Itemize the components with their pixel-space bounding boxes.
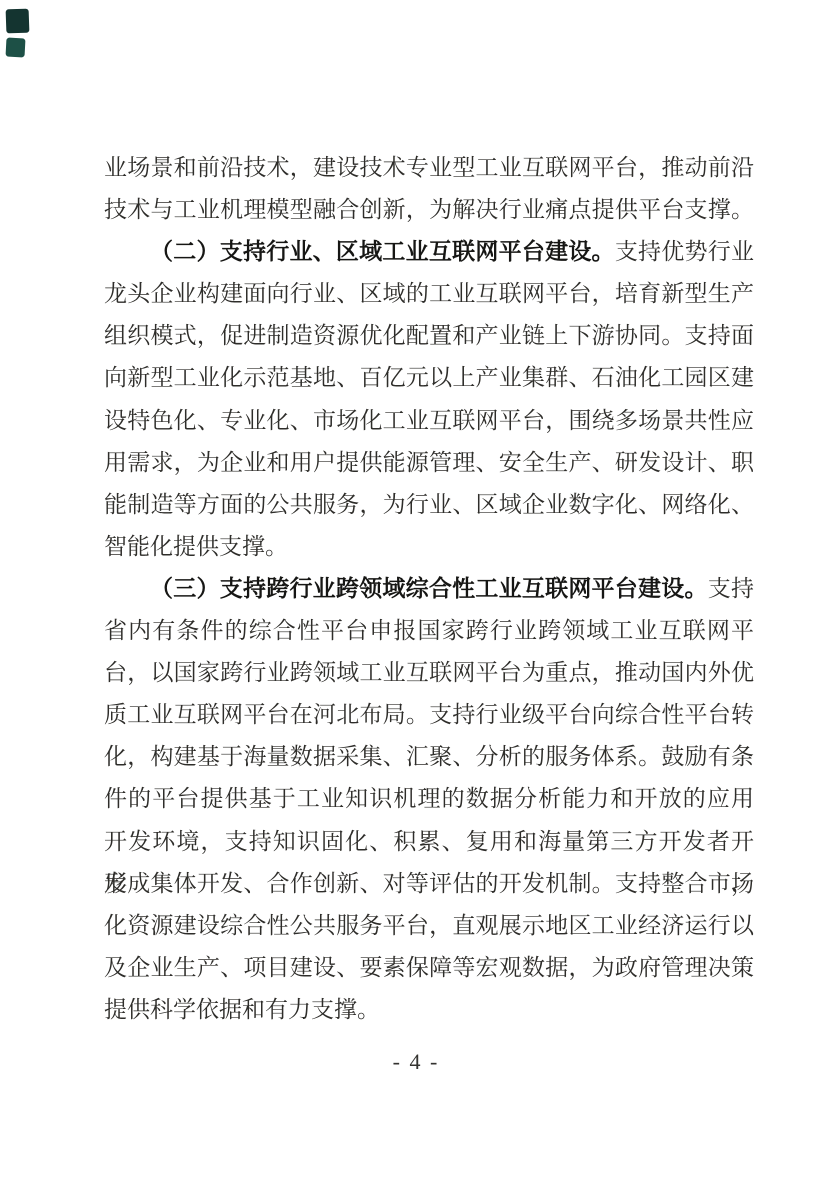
text-line: （二）支持行业、区域工业互联网平台建设。支持优势行业 [104,231,754,273]
body-text: 支持 [708,576,754,601]
body-text: 技术与工业机理模型融合创新，为解决行业痛点提供平台支撑。 [104,197,754,222]
body-text: 支持优势行业 [615,239,754,264]
text-line: 能制造等方面的公共服务，为行业、区域企业数字化、网络化、 [104,484,754,526]
body-text: 及企业生产、项目建设、要素保障等宏观数据，为政府管理决策 [104,955,754,980]
text-line: 用需求，为企业和用户提供能源管理、安全生产、研发设计、职 [104,442,754,484]
text-line: 提供科学依据和有力支撑。 [104,989,754,1031]
text-line: 开发环境，支持知识固化、积累、复用和海量第三方开发者开发， [104,821,754,863]
body-text: 台，以国家跨行业跨领域工业互联网平台为重点，推动国内外优 [104,660,754,685]
text-line: 智能化提供支撑。 [104,526,754,568]
text-line: 及企业生产、项目建设、要素保障等宏观数据，为政府管理决策 [104,947,754,989]
document-page: 业场景和前沿技术，建设技术专业型工业互联网平台，推动前沿技术与工业机理模型融合创… [0,0,832,1180]
body-text: 业场景和前沿技术，建设技术专业型工业互联网平台，推动前沿 [104,155,754,180]
text-line: 化，构建基于海量数据采集、汇聚、分析的服务体系。鼓励有条 [104,736,754,778]
text-line: 组织模式，促进制造资源优化配置和产业链上下游协同。支持面 [104,315,754,357]
text-line: （三）支持跨行业跨领域综合性工业互联网平台建设。支持 [104,568,754,610]
body-text: 能制造等方面的公共服务，为行业、区域企业数字化、网络化、 [104,492,754,517]
text-line: 质工业互联网平台在河北布局。支持行业级平台向综合性平台转 [104,694,754,736]
body-text: 化资源建设综合性公共服务平台，直观展示地区工业经济运行以 [104,913,754,938]
body-text: 化，构建基于海量数据采集、汇聚、分析的服务体系。鼓励有条 [104,744,754,769]
body-text: 用需求，为企业和用户提供能源管理、安全生产、研发设计、职 [104,450,754,475]
document-body: 业场景和前沿技术，建设技术专业型工业互联网平台，推动前沿技术与工业机理模型融合创… [104,147,754,1031]
section-heading-text: （三）支持跨行业跨领域综合性工业互联网平台建设。 [150,576,708,601]
text-line: 龙头企业构建面向行业、区域的工业互联网平台，培育新型生产 [104,273,754,315]
body-text: 省内有条件的综合性平台申报国家跨行业跨领域工业互联网平 [104,618,754,643]
text-line: 件的平台提供基于工业知识机理的数据分析能力和开放的应用 [104,778,754,820]
text-line: 技术与工业机理模型融合创新，为解决行业痛点提供平台支撑。 [104,189,754,231]
text-line: 设特色化、专业化、市场化工业互联网平台，围绕多场景共性应 [104,400,754,442]
page-number: - 4 - [0,1049,832,1075]
body-text: 向新型工业化示范基地、百亿元以上产业集群、石油化工园区建 [104,365,754,390]
text-line: 向新型工业化示范基地、百亿元以上产业集群、石油化工园区建 [104,357,754,399]
body-text: 形成集体开发、合作创新、对等评估的开发机制。支持整合市场 [104,871,754,896]
body-text: 件的平台提供基于工业知识机理的数据分析能力和开放的应用 [104,786,754,811]
body-text: 提供科学依据和有力支撑。 [104,997,380,1022]
text-line: 形成集体开发、合作创新、对等评估的开发机制。支持整合市场 [104,863,754,905]
body-text: 龙头企业构建面向行业、区域的工业互联网平台，培育新型生产 [104,281,754,306]
text-line: 省内有条件的综合性平台申报国家跨行业跨领域工业互联网平 [104,610,754,652]
text-line: 化资源建设综合性公共服务平台，直观展示地区工业经济运行以 [104,905,754,947]
body-text: 质工业互联网平台在河北布局。支持行业级平台向综合性平台转 [104,702,754,727]
text-line: 业场景和前沿技术，建设技术专业型工业互联网平台，推动前沿 [104,147,754,189]
text-line: 台，以国家跨行业跨领域工业互联网平台为重点，推动国内外优 [104,652,754,694]
scan-ink-mark-top [6,9,30,34]
body-text: 设特色化、专业化、市场化工业互联网平台，围绕多场景共性应 [104,408,754,433]
body-text: 组织模式，促进制造资源优化配置和产业链上下游协同。支持面 [104,323,754,348]
body-text: 智能化提供支撑。 [104,534,288,559]
scan-ink-mark-bottom [6,38,26,58]
section-heading-text: （二）支持行业、区域工业互联网平台建设。 [150,239,615,264]
